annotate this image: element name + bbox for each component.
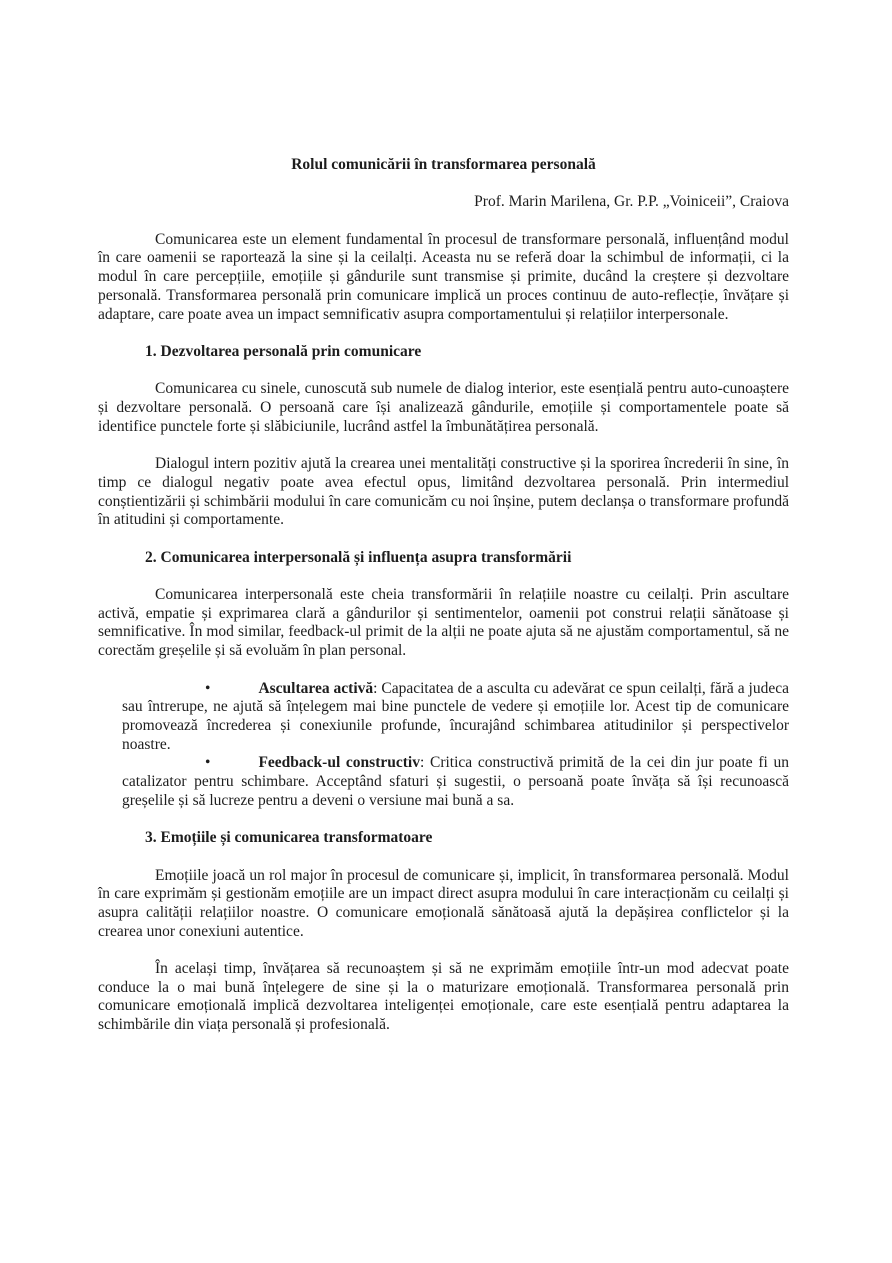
bullet-item-active-listening: •Ascultarea activă: Capacitatea de a asc…	[122, 680, 789, 755]
section-1-heading: 1. Dezvoltarea personală prin comunicare	[98, 343, 789, 362]
section-1-paragraph-1: Comunicarea cu sinele, cunoscută sub num…	[98, 380, 789, 436]
document-page: Rolul comunicării în transformarea perso…	[0, 0, 892, 1263]
section-1-paragraph-2: Dialogul intern pozitiv ajută la crearea…	[98, 455, 789, 530]
bullet-point-icon: •	[205, 680, 210, 697]
section-3-paragraph-2: În același timp, învățarea să recunoaște…	[98, 960, 789, 1035]
bullet-text: : Critica constructivă primită de la cei…	[122, 754, 789, 808]
bullet-text: : Capacitatea de a asculta cu adevărat c…	[122, 680, 789, 753]
section-2-heading: 2. Comunicarea interpersonală și influen…	[98, 549, 789, 568]
document-title: Rolul comunicării în transformarea perso…	[98, 156, 789, 175]
bullet-term: Ascultarea activă	[258, 680, 373, 697]
section-3-paragraph-1: Emoțiile joacă un rol major în procesul …	[98, 867, 789, 942]
bullet-term: Feedback-ul constructiv	[258, 754, 420, 771]
section-3-heading: 3. Emoțiile și comunicarea transformatoa…	[98, 829, 789, 848]
intro-paragraph: Comunicarea este un element fundamental …	[98, 231, 789, 325]
bullet-list: •Ascultarea activă: Capacitatea de a asc…	[98, 680, 789, 811]
bullet-item-constructive-feedback: •Feedback-ul constructiv: Critica constr…	[122, 754, 789, 810]
author-byline: Prof. Marin Marilena, Gr. P.P. „Voinicei…	[98, 193, 789, 212]
bullet-point-icon: •	[205, 754, 210, 771]
section-2-paragraph-1: Comunicarea interpersonală este cheia tr…	[98, 586, 789, 661]
